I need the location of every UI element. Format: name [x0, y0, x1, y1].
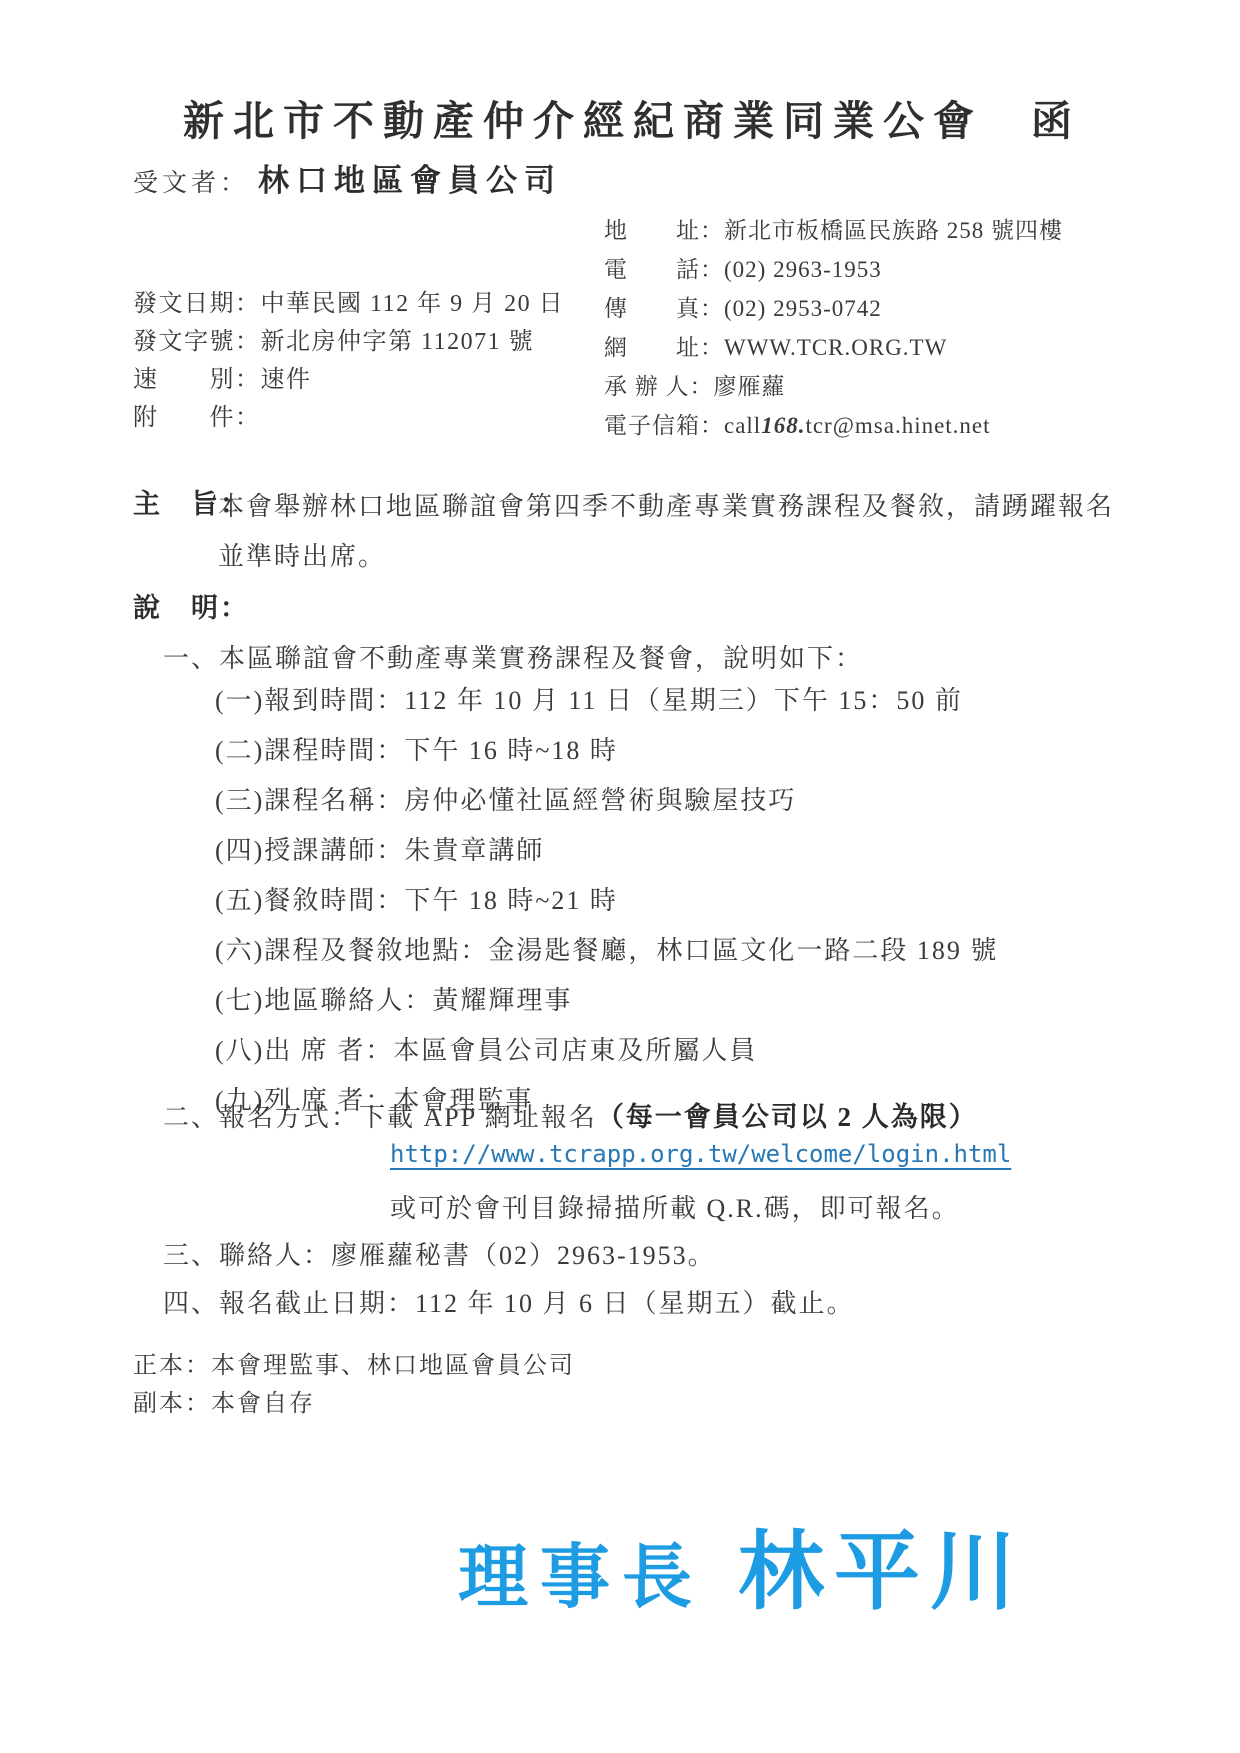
meta-address-value: 新北市板橋區民族路 258 號四樓	[724, 218, 1063, 243]
meta-fax: 傳 真：(02) 2953-0742	[604, 290, 882, 323]
sub-item-7-number: (七)	[215, 986, 264, 1015]
sub-item-3-number: (三)	[215, 786, 264, 815]
meta-priority: 速 別：速件	[133, 359, 312, 394]
meta-priority-label: 速 別：	[133, 367, 261, 393]
meta-website-value: WWW.TCR.ORG.TW	[724, 335, 947, 360]
sub-item-5-text: 餐敘時間：下午 18 時~21 時	[264, 886, 618, 915]
meta-doc-number-label: 發文字號：	[133, 329, 261, 355]
meta-email-number: 168.	[761, 413, 805, 438]
meta-attachment-label: 附 件：	[133, 405, 261, 431]
letter-title-org: 新北市不動產仲介經紀商業同業公會	[183, 98, 983, 144]
sub-item-1-text: 報到時間：112 年 10 月 11 日（星期三）下午 15：50 前	[264, 686, 963, 715]
chairman-title: 理事長	[458, 1538, 704, 1616]
meta-phone-value: (02) 2963-1953	[724, 257, 882, 282]
sub-item-3-text: 課程名稱：房仲必懂社區經營術與驗屋技巧	[264, 786, 796, 815]
letter-title: 新北市不動產仲介經紀商業同業公會函	[183, 88, 1081, 147]
sub-item-6-number: (六)	[215, 936, 264, 965]
sub-item-2-number: (二)	[215, 736, 264, 765]
item-4-text: 報名截止日期：112 年 10 月 6 日（星期五）截止。	[219, 1289, 855, 1318]
sub-item-lecturer: (四)授課講師：朱貴章講師	[215, 830, 544, 867]
sub-item-1-number: (一)	[215, 686, 264, 715]
item-2-text: 報名方式：下載 APP 網址報名	[219, 1103, 597, 1132]
sub-item-2-text: 課程時間：下午 16 時~18 時	[264, 736, 618, 765]
item-3-number: 三、	[163, 1241, 219, 1270]
letter-doc-type: 函	[1031, 98, 1081, 144]
sub-item-area-contact: (七)地區聯絡人：黃耀輝理事	[215, 980, 572, 1017]
meta-issue-date-label: 發文日期：	[133, 291, 261, 317]
sub-item-7-text: 地區聯絡人：黃耀輝理事	[264, 986, 572, 1015]
item-3-text: 聯絡人：廖雁蘿秘書（02）2963-1953。	[219, 1241, 716, 1270]
sub-item-8-number: (八)	[215, 1036, 264, 1065]
item-2-bold-note: （每一會員公司以 2 人為限）	[597, 1102, 978, 1132]
original-copy-row: 正本：本會理監事、林口地區會員公司	[133, 1345, 575, 1380]
meta-address: 地 址：新北市板橋區民族路 258 號四樓	[604, 212, 1063, 245]
registration-link[interactable]: http://www.tcrapp.org.tw/welcome/login.h…	[390, 1140, 1011, 1168]
meta-issue-date: 發文日期：中華民國 112 年 9 月 20 日	[133, 283, 564, 318]
sub-item-8-text: 出 席 者：本區會員公司店東及所屬人員	[264, 1036, 757, 1065]
duplicate-copy-label: 副本：	[133, 1391, 211, 1417]
meta-website: 網 址：WWW.TCR.ORG.TW	[604, 329, 947, 362]
item-1-text: 本區聯誼會不動產專業實務課程及餐會，說明如下：	[219, 644, 863, 673]
recipient-label: 受文者：	[133, 163, 249, 199]
meta-priority-value: 速件	[261, 367, 312, 393]
meta-email-label: 電子信箱：	[604, 413, 724, 438]
item-2-number: 二、	[163, 1103, 219, 1132]
explanation-item-1: 一、本區聯誼會不動產專業實務課程及餐會，說明如下：	[163, 638, 863, 675]
sub-item-dinner-time: (五)餐敘時間：下午 18 時~21 時	[215, 880, 618, 917]
chairman-signature: 理事長林平川	[458, 1502, 1026, 1626]
meta-phone-label: 電 話：	[604, 257, 724, 282]
meta-email: 電子信箱：call168.tcr@msa.hinet.net	[604, 407, 991, 440]
official-letter-page: 新北市不動產仲介經紀商業同業公會函 受文者： 林口地區會員公司 發文日期：中華民…	[0, 0, 1240, 1753]
explanation-label: 說 明：	[133, 586, 249, 625]
sub-item-4-number: (四)	[215, 836, 264, 865]
meta-attachment: 附 件：	[133, 397, 261, 432]
sub-item-5-number: (五)	[215, 886, 264, 915]
duplicate-copy-row: 副本：本會自存	[133, 1383, 315, 1418]
original-copy-label: 正本：	[133, 1353, 211, 1379]
meta-contact-person-value: 廖雁蘿	[714, 374, 786, 399]
sub-item-course-name: (三)課程名稱：房仲必懂社區經營術與驗屋技巧	[215, 780, 796, 817]
recipient-value: 林口地區會員公司	[258, 155, 562, 200]
meta-doc-number-value: 新北房仲字第 112071 號	[261, 329, 535, 355]
meta-contact-person: 承 辦 人：廖雁蘿	[604, 368, 786, 401]
qr-code-note: 或可於會刊目錄掃描所載 Q.R.碼，即可報名。	[390, 1188, 960, 1225]
sub-item-location: (六)課程及餐敘地點：金湯匙餐廳，林口區文化一路二段 189 號	[215, 930, 998, 967]
meta-website-label: 網 址：	[604, 335, 724, 360]
sub-item-checkin-time: (一)報到時間：112 年 10 月 11 日（星期三）下午 15：50 前	[215, 680, 963, 717]
meta-phone: 電 話：(02) 2963-1953	[604, 251, 882, 284]
original-copy-value: 本會理監事、林口地區會員公司	[211, 1353, 575, 1379]
meta-email-suffix: tcr@msa.hinet.net	[805, 413, 990, 438]
meta-doc-number: 發文字號：新北房仲字第 112071 號	[133, 321, 534, 356]
item-4-number: 四、	[163, 1289, 219, 1318]
meta-email-prefix: call	[724, 413, 761, 438]
chairman-name: 林平川	[738, 1524, 1026, 1620]
explanation-item-3: 三、聯絡人：廖雁蘿秘書（02）2963-1953。	[163, 1235, 716, 1272]
sub-item-6-text: 課程及餐敘地點：金湯匙餐廳，林口區文化一路二段 189 號	[264, 936, 998, 965]
meta-fax-label: 傳 真：	[604, 296, 724, 321]
explanation-item-2: 二、報名方式：下載 APP 網址報名（每一會員公司以 2 人為限）	[163, 1095, 978, 1134]
meta-address-label: 地 址：	[604, 218, 724, 243]
meta-fax-value: (02) 2953-0742	[724, 296, 882, 321]
item-1-number: 一、	[163, 644, 219, 673]
meta-contact-person-label: 承 辦 人：	[604, 374, 714, 399]
subject-text: 本會舉辦林口地區聯誼會第四季不動產專業實務課程及餐敘，請踴躍報名並準時出席。	[218, 482, 1128, 582]
duplicate-copy-value: 本會自存	[211, 1391, 315, 1417]
meta-issue-date-value: 中華民國 112 年 9 月 20 日	[261, 291, 565, 317]
sub-item-course-time: (二)課程時間：下午 16 時~18 時	[215, 730, 618, 767]
sub-item-4-text: 授課講師：朱貴章講師	[264, 836, 544, 865]
explanation-item-4: 四、報名截止日期：112 年 10 月 6 日（星期五）截止。	[163, 1283, 855, 1320]
sub-item-attendees: (八)出 席 者：本區會員公司店東及所屬人員	[215, 1030, 757, 1067]
